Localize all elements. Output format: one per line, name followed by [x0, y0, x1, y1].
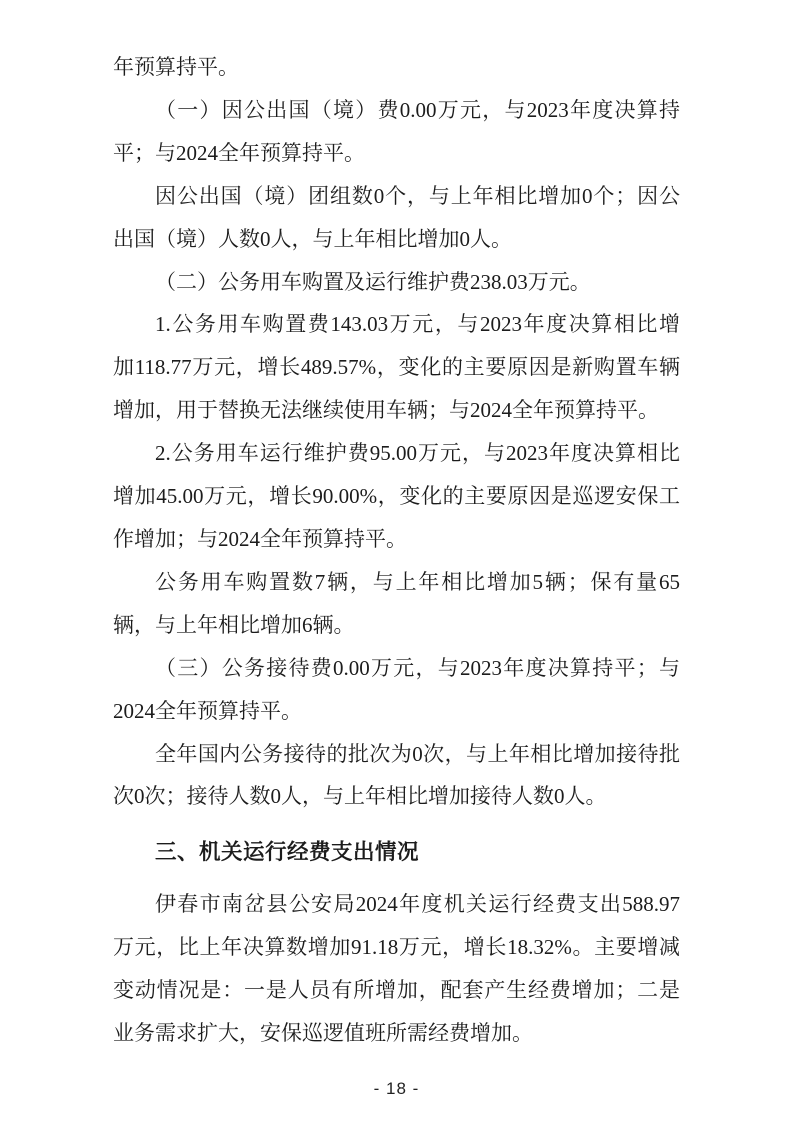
text-line: 2024全年预算持平。	[113, 690, 680, 733]
section-heading: 三、机关运行经费支出情况	[113, 831, 680, 874]
text-line: 公务用车购置数7辆，与上年相比增加5辆；保有量65	[113, 561, 680, 604]
text-line: 2.公务用车运行维护费95.00万元，与2023年度决算相比	[113, 432, 680, 475]
paragraph: （二）公务用车购置及运行维护费238.03万元。	[113, 261, 680, 304]
text-line: 次0次；接待人数0人，与上年相比增加接待人数0人。	[113, 775, 680, 818]
text-line: 变动情况是：一是人员有所增加，配套产生经费增加；二是	[113, 969, 680, 1012]
text-line: 增加45.00万元，增长90.00%，变化的主要原因是巡逻安保工	[113, 475, 680, 518]
page-number: - 18 -	[374, 1079, 420, 1098]
paragraph: 1.公务用车购置费143.03万元，与2023年度决算相比增加118.77万元，…	[113, 303, 680, 432]
text-line: 1.公务用车购置费143.03万元，与2023年度决算相比增	[113, 303, 680, 346]
text-line: 伊春市南岔县公安局2024年度机关运行经费支出588.97	[113, 883, 680, 926]
text-line: 平；与2024全年预算持平。	[113, 132, 680, 175]
text-line: （二）公务用车购置及运行维护费238.03万元。	[113, 261, 680, 304]
paragraph: 因公出国（境）团组数0个，与上年相比增加0个；因公出国（境）人数0人，与上年相比…	[113, 175, 680, 261]
paragraph: （一）因公出国（境）费0.00万元，与2023年度决算持平；与2024全年预算持…	[113, 89, 680, 175]
paragraph: 全年国内公务接待的批次为0次，与上年相比增加接待批次0次；接待人数0人，与上年相…	[113, 733, 680, 819]
text-line: 出国（境）人数0人，与上年相比增加0人。	[113, 218, 680, 261]
text-line: 三、机关运行经费支出情况	[113, 831, 680, 874]
paragraph: 年预算持平。	[113, 46, 680, 89]
text-line: 加118.77万元，增长489.57%，变化的主要原因是新购置车辆	[113, 346, 680, 389]
paragraph: 公务用车购置数7辆，与上年相比增加5辆；保有量65辆，与上年相比增加6辆。	[113, 561, 680, 647]
page-footer: - 18 -	[0, 1078, 793, 1100]
paragraph: 2.公务用车运行维护费95.00万元，与2023年度决算相比增加45.00万元，…	[113, 432, 680, 561]
text-line: 作增加；与2024全年预算持平。	[113, 518, 680, 561]
text-line: 增加，用于替换无法继续使用车辆；与2024全年预算持平。	[113, 389, 680, 432]
text-line: （三）公务接待费0.00万元，与2023年度决算持平；与	[113, 647, 680, 690]
document-page: 年预算持平。（一）因公出国（境）费0.00万元，与2023年度决算持平；与202…	[0, 0, 793, 1122]
text-line: 因公出国（境）团组数0个，与上年相比增加0个；因公	[113, 175, 680, 218]
text-line: 万元，比上年决算数增加91.18万元，增长18.32%。主要增减	[113, 926, 680, 969]
text-line: 全年国内公务接待的批次为0次，与上年相比增加接待批	[113, 733, 680, 776]
text-line: 年预算持平。	[113, 46, 680, 89]
text-line: 业务需求扩大，安保巡逻值班所需经费增加。	[113, 1012, 680, 1055]
text-line: 辆，与上年相比增加6辆。	[113, 604, 680, 647]
text-line: （一）因公出国（境）费0.00万元，与2023年度决算持	[113, 89, 680, 132]
paragraph: （三）公务接待费0.00万元，与2023年度决算持平；与2024全年预算持平。	[113, 647, 680, 733]
document-body: 年预算持平。（一）因公出国（境）费0.00万元，与2023年度决算持平；与202…	[113, 46, 680, 1055]
paragraph: 伊春市南岔县公安局2024年度机关运行经费支出588.97万元，比上年决算数增加…	[113, 883, 680, 1055]
